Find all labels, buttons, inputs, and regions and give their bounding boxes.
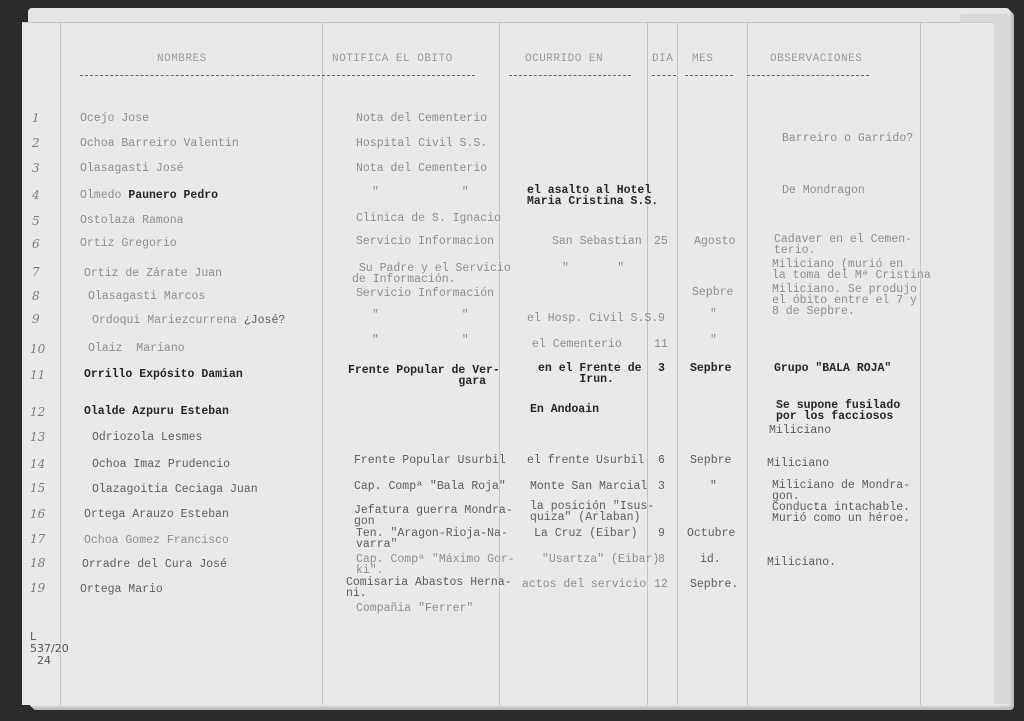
cell-mes: " [710,309,717,320]
cell-dia: 9 [658,313,665,324]
cell-notifica: Ten. "Aragon-Rioja-Na- varra" [356,528,508,550]
header-dia: DIA [652,53,673,65]
cell-nombre: Ocejo Jose [80,113,149,124]
cell-mes: " [710,481,717,492]
cell-nombre: Olazagoitia Ceciaga Juan [92,484,258,495]
cell-notifica: Comisaria Abastos Herna- ni. [346,577,512,599]
row-number: 10 [30,342,45,356]
cell-ocurrido: el Hosp. Civil S.S. [527,313,658,324]
cell-ocurrido: el asalto al Hotel Maria Cristina S.S. [527,185,658,207]
cell-dia: 9 [658,528,665,539]
cell-notifica: Clinica de S. Ignacio [356,213,501,224]
column-rule [747,23,748,705]
cell-observaciones: Grupo "BALA ROJA" [774,363,891,374]
cell-nombre: Olasagasti José [80,163,184,174]
cell-notifica: Frente Popular de Ver- gara [348,365,500,387]
column-rule [647,23,648,705]
row-number: 7 [32,265,40,279]
cell-ocurrido: el frente Usurbil [527,455,644,466]
cell-notifica: Cap. Compª "Máximo Gor- ki". [356,554,515,576]
header-observaciones: OBSERVACIONES [770,53,862,65]
cell-nombre-prefix: Olmedo [80,189,128,202]
cell-ocurrido: en el Frente de Irun. [538,363,642,385]
cell-notifica: Jefatura guerra Mondra- gon [354,505,513,527]
cell-notifica: Su Padre y el Servicio de Información. [352,263,511,285]
row-number: 4 [32,188,40,202]
cell-observaciones: Se supone fusilado por los facciosos [776,400,900,422]
cell-notifica: " " [372,187,469,198]
row-number: 16 [30,507,45,521]
cell-dia: 3 [658,363,665,374]
cell-nombre: Olasagasti Marcos [88,291,205,302]
cell-observaciones: Barreiro o Garrido? [782,133,913,144]
cell-observaciones: Conducta intachable. Murió como un héroe… [772,502,910,524]
row-number: 18 [30,556,45,570]
cell-mes: Octubre [687,528,735,539]
column-rule [60,23,61,705]
row-number: 1 [32,111,40,125]
cell-mes: Sepbre [690,455,731,466]
cell-nombre: Ordoqui Mariezcurrena ¿José? [92,315,285,326]
cell-observaciones: Miliciano [767,458,829,469]
cell-nombre-main: Ordoqui Mariezcurrena [92,314,237,327]
cell-notifica: Hospital Civil S.S. [356,138,487,149]
cell-dia: 6 [658,455,665,466]
cell-dia: 12 [654,579,668,590]
row-number: 3 [32,161,40,175]
cell-dia: 3 [658,481,665,492]
header-notifica: NOTIFICA EL OBITO [332,53,453,65]
cell-mes: Agosto [694,236,735,247]
header-rule [685,75,733,76]
row-number: 19 [30,581,45,595]
column-rule [322,23,323,705]
cell-ocurrido: "Usartza" (Eibar) [542,554,659,565]
margin-handwritten-note: L 537/20 24 [30,631,69,667]
cell-observaciones: Cadaver en el Cemen- terio. [774,234,912,256]
cell-ocurrido: el Cementerio [532,339,622,350]
cell-nombre: Ortega Mario [80,584,163,595]
cell-notifica: Frente Popular Usurbil [354,455,506,466]
cell-ocurrido: La Cruz (Eibar) [534,528,638,539]
cell-notifica: Nota del Cementerio [356,113,487,124]
cell-nombre-suffix: ¿José? [237,314,285,327]
cell-nombre: Olmedo Paunero Pedro [80,190,218,201]
cell-nombre: Olaiz Mariano [88,343,185,354]
header-rule [509,75,631,76]
row-number: 12 [30,405,45,419]
cell-notifica: Compañia "Ferrer" [356,603,473,614]
cell-nombre: Ochoa Gomez Francisco [84,535,229,546]
cell-ocurrido: En Andoain [530,404,599,415]
row-number: 15 [30,481,45,495]
cell-notifica: Nota del Cementerio [356,163,487,174]
cell-notifica: " " [372,310,469,321]
cell-nombre: Ochoa Imaz Prudencio [92,459,230,470]
header-mes: MES [692,53,713,65]
cell-nombre: Ortega Arauzo Esteban [84,509,229,520]
cell-ocurrido: Monte San Marcial [530,481,647,492]
cell-dia: 25 [654,236,668,247]
header-ocurrido: OCURRIDO EN [525,53,603,65]
cell-notifica: Cap. Compª "Bala Roja" [354,481,506,492]
cell-observaciones: Miliciano. [767,557,836,568]
cell-notifica: " " [372,335,469,346]
cell-observaciones: Miliciano. Se produjo el óbito entre el … [772,284,917,317]
header-rule [747,75,869,76]
row-number: 5 [32,214,40,228]
cell-nombre: Orrillo Expósito Damian [84,369,243,380]
cell-observaciones: Miliciano (murió en la toma del Mª Crist… [772,259,931,281]
cell-notifica: Servicio Información [356,288,494,299]
row-number: 13 [30,430,45,444]
cell-observaciones: Miliciano [769,425,831,436]
column-rule [920,23,921,705]
header-nombres: NOMBRES [157,53,207,65]
cell-ocurrido: la posición "Isus- quiza" (Arlaban) [530,501,654,523]
cell-nombre: Odriozola Lesmes [92,432,202,443]
row-number: 11 [30,368,45,382]
ledger-page: NOMBRES NOTIFICA EL OBITO OCURRIDO EN DI… [22,22,994,705]
cell-notifica: Servicio Informacion [356,236,494,247]
row-number: 6 [32,237,40,251]
cell-nombre: Ostolaza Ramona [80,215,184,226]
cell-nombre: Ortiz de Zárate Juan [84,268,222,279]
cell-nombre: Ochoa Barreiro Valentin [80,138,239,149]
cell-ocurrido: actos del servicio [522,579,646,590]
row-number: 17 [30,532,45,546]
row-number: 14 [30,457,45,471]
column-rule [677,23,678,705]
cell-mes: id. [700,554,721,565]
cell-mes: " [710,335,717,346]
row-number: 2 [32,136,40,150]
header-rule [652,75,676,76]
header-rule [80,75,330,76]
cell-ocurrido: " " [562,263,624,274]
cell-nombre: Orradre del Cura José [82,559,227,570]
cell-mes: Sepbre [692,287,733,298]
header-rule [327,75,475,76]
row-number: 9 [32,312,40,326]
cell-dia: 11 [654,339,668,350]
cell-nombre-main: Paunero Pedro [128,189,218,202]
cell-dia: 8 [658,554,665,565]
cell-mes: Sepbre [690,363,731,374]
cell-observaciones: Miliciano de Mondra- gon. [772,480,910,502]
cell-ocurrido: San Sebastian [552,236,642,247]
cell-nombre: Ortiz Gregorio [80,238,177,249]
cell-nombre: Olalde Azpuru Esteban [84,406,229,417]
cell-observaciones: De Mondragon [782,185,865,196]
cell-mes: Sepbre. [690,579,738,590]
row-number: 8 [32,289,40,303]
